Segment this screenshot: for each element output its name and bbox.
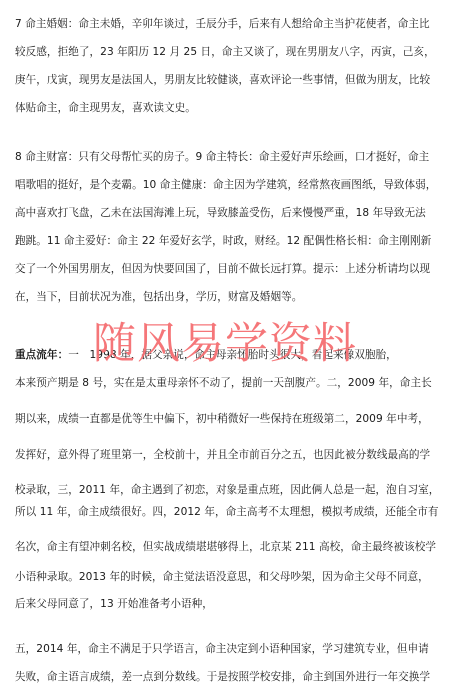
paragraph-line: 名次，命主有望冲刺名校，但实战成绩堪堪够得上，北京某 211 高校，命主最终被该… — [15, 540, 436, 554]
paragraph-line: 校录取，三，2011 年，命主遇到了初恋，对象是重点班，因此俩人总是一起，泡自习… — [15, 483, 439, 497]
document-page: 7 命主婚姻：命主未婚，辛卯年谈过，壬辰分手，后来有人想给命主当护花使者，命主比… — [0, 0, 449, 695]
paragraph-line: 小语种录取。2013 年的时候，命主觉法语没意思，和父母吵架，因为命主父母不同意… — [15, 570, 429, 584]
paragraph-line: 体贴命主，命主现男友，喜欢读文史。 — [15, 101, 196, 115]
paragraph-line: 唱歌唱的挺好，是个麦霸。10 命主健康：命主因为学建筑，经常熬夜画图纸，导致体弱… — [15, 178, 436, 192]
paragraph-line: 五，2014 年，命主不满足于只学语言，命主决定到小语种国家，学习建筑专业，但申… — [15, 642, 429, 656]
paragraph-line: 期以来，成绩一直都是优等生中偏下，初中稍微好一些保持在班级第二，2009 年中考… — [15, 412, 429, 426]
watermark: 随风易学资料 — [93, 318, 357, 370]
paragraph-line: 失败，命主语言成绩，差一点到分数线。于是按照学校安排，命主到国外进行一年交换学 — [15, 670, 430, 684]
paragraph-line: 8 命主财富：只有父母帮忙买的房子。9 命主特长：命主爱好声乐绘画，口才挺好，命… — [15, 150, 429, 164]
paragraph-line: 在，当下，目前状况为准，包括出身，学历，财富及婚姻等。 — [15, 290, 302, 304]
paragraph-line: 高中喜欢打飞盘，乙未在法国海滩上玩，导致膝盖受伤，后来慢慢严重，18 年导致无法 — [15, 206, 426, 220]
paragraph-line: 交了一个外国男朋友，但因为快要回国了，目前不做长远打算。提示：上述分析请均以现 — [15, 262, 430, 276]
paragraph-line: 跑跳。11 命主爱好：命主 22 年爱好玄学，时政，财经。12 配偶性格长相：命… — [15, 234, 431, 248]
paragraph-line: 发挥好，意外得了班里第一，全校前十，并且全市前百分之五，也因此被分数线最高的学 — [15, 448, 430, 462]
paragraph-line: 后来父母同意了，13 开始准备考小语种， — [15, 597, 213, 611]
paragraph-line: 所以 11 年，命主成绩很好。四，2012 年，命主高考不太理想，模拟考成绩，还… — [15, 505, 439, 519]
paragraph-line: 较反感，拒绝了，23 年阳历 12 月 25 日，命主又谈了，现在男朋友八字，丙… — [15, 45, 435, 59]
paragraph-line: 本来预产期是 8 号，实在是太重母亲怀不动了，提前一天剖腹产。二，2009 年，… — [15, 376, 432, 390]
paragraph-line: 庚午，戊寅，现男友是法国人，男朋友比较健谈，喜欢评论一些事情，但做为朋友，比较 — [15, 73, 430, 87]
paragraph-line: 7 命主婚姻：命主未婚，辛卯年谈过，壬辰分手，后来有人想给命主当护花使者，命主比 — [15, 17, 430, 31]
key-years-heading: 重点流年： — [15, 349, 68, 361]
